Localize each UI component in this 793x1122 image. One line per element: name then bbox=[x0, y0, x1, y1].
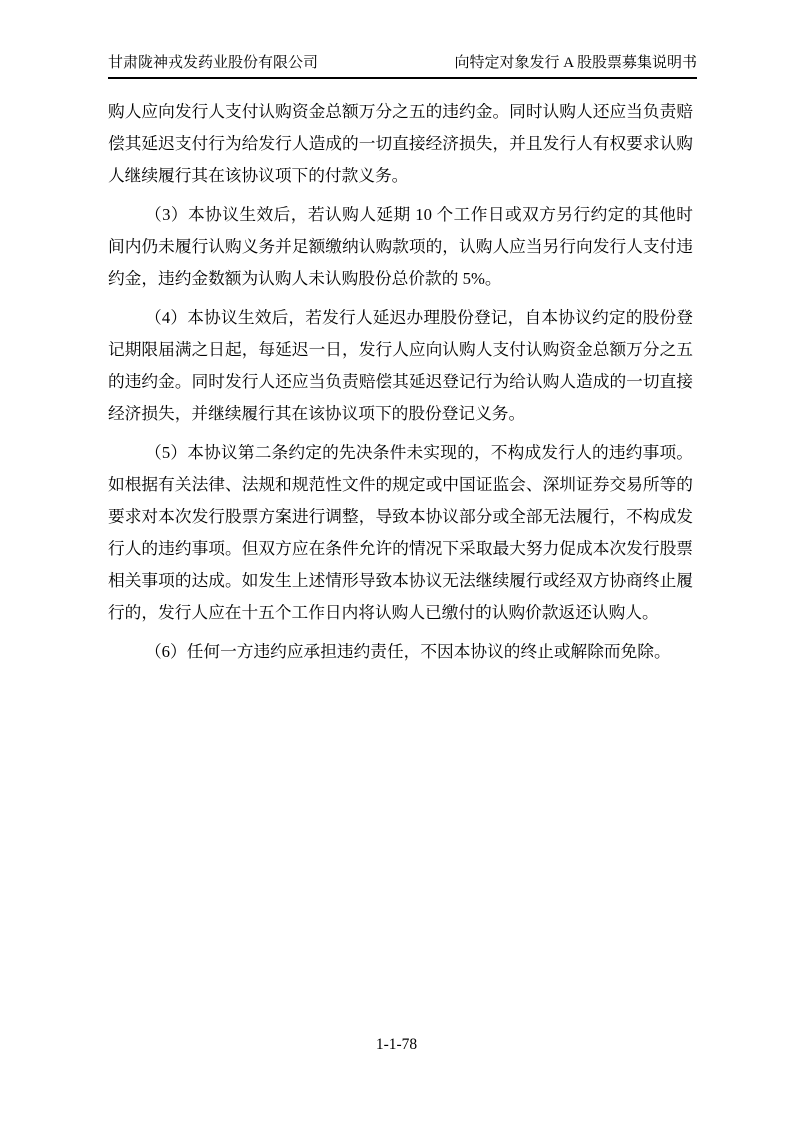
paragraph-item-5: （5）本协议第二条约定的先决条件未实现的，不构成发行人的违约事项。如根据有关法律… bbox=[108, 437, 693, 629]
paragraph-item-3: （3）本协议生效后，若认购人延期 10 个工作日或双方另行约定的其他时间内仍未履… bbox=[108, 199, 693, 295]
header-divider bbox=[108, 77, 697, 79]
header-document-title: 向特定对象发行 A 股股票募集说明书 bbox=[454, 52, 697, 74]
header-company-name: 甘肃陇神戎发药业股份有限公司 bbox=[108, 52, 318, 74]
page-header: 甘肃陇神戎发药业股份有限公司 向特定对象发行 A 股股票募集说明书 bbox=[108, 52, 697, 74]
page-number: 1-1-78 bbox=[376, 1036, 417, 1053]
paragraph-item-6: （6）任何一方违约应承担违约责任，不因本协议的终止或解除而免除。 bbox=[108, 636, 693, 668]
paragraph-item-4: （4）本协议生效后，若发行人延迟办理股份登记，自本协议约定的股份登记期限届满之日… bbox=[108, 302, 693, 430]
document-page: 甘肃陇神戎发药业股份有限公司 向特定对象发行 A 股股票募集说明书 购人应向发行… bbox=[0, 0, 793, 1122]
page-footer: 1-1-78 bbox=[0, 1034, 793, 1056]
document-body: 购人应向发行人支付认购资金总额万分之五的违约金。同时认购人还应当负责赔偿其延迟支… bbox=[108, 96, 693, 675]
paragraph-continuation: 购人应向发行人支付认购资金总额万分之五的违约金。同时认购人还应当负责赔偿其延迟支… bbox=[108, 96, 693, 192]
